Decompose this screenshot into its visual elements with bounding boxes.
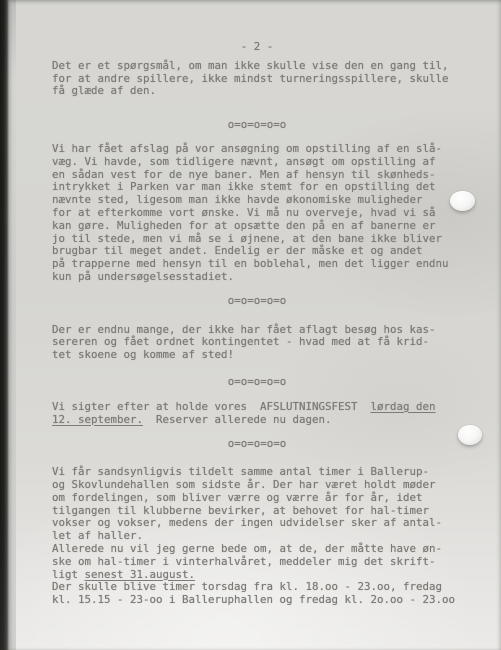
typewritten-text-column: - 2 - Det er et spørgsmål, om man ikke s… [52, 0, 462, 607]
text-line: tet skoene og komme af sted! [52, 349, 462, 362]
paragraph: Der er endnu mange, der ikke har fået af… [52, 324, 462, 362]
page-number: - 2 - [52, 41, 462, 54]
section-divider: o=o=o=o=o [52, 438, 462, 451]
text-line: kl. 15.15 - 23-oo i Balleruphallen og fr… [52, 594, 462, 607]
scanned-page: - 2 - Det er et spørgsmål, om man ikke s… [0, 0, 501, 650]
section-divider: o=o=o=o=o [52, 376, 462, 389]
document-blocks: Det er et spørgsmål, om man ikke skulle … [52, 60, 462, 607]
section-divider: o=o=o=o=o [52, 119, 462, 132]
paragraph: Vi får sandsynligvis tildelt samme antal… [52, 466, 462, 607]
paragraph: Det er et spørgsmål, om man ikke skulle … [52, 60, 462, 98]
section-divider: o=o=o=o=o [52, 295, 462, 308]
scan-edge-shadow [0, 0, 16, 650]
text-line: 12. september. Reserver allerede nu dage… [52, 414, 462, 427]
paragraph: Vi har fået afslag på vor ansøgning om o… [52, 143, 462, 284]
paragraph: Vi sigter efter at holde vores AFSLUTNIN… [52, 401, 462, 427]
text-line: få glæde af den. [52, 85, 462, 98]
text-line: kun på undersøgelsesstadiet. [52, 271, 462, 284]
